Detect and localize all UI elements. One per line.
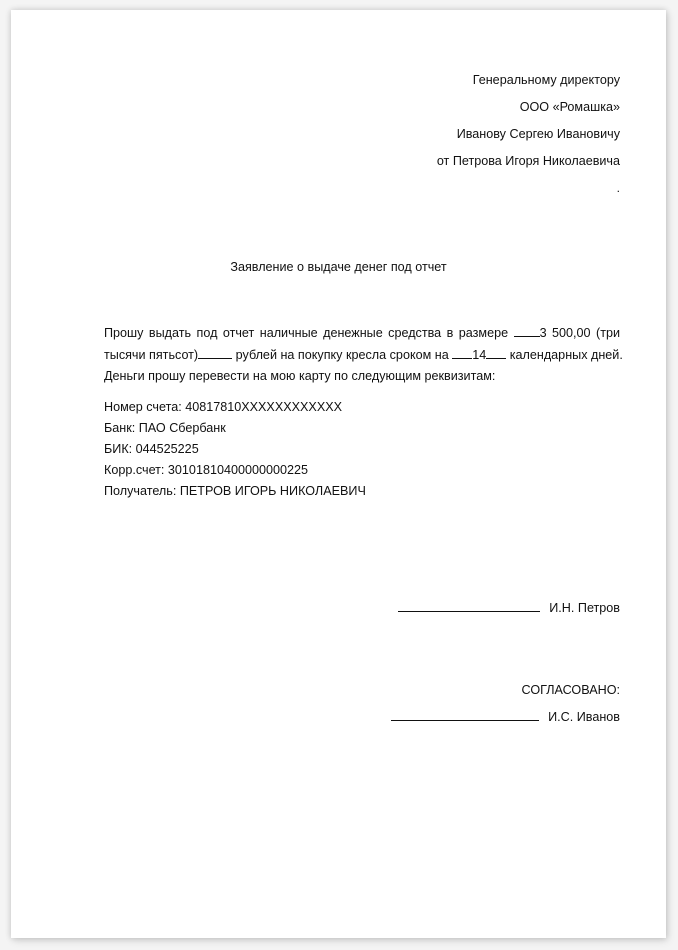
applicant-name: И.Н. Петров: [549, 601, 620, 615]
document-page: Генеральному директору ООО «Ромашка» Ива…: [11, 10, 666, 938]
paragraph-line-3: Деньги прошу перевести на мою карту по с…: [104, 366, 620, 388]
request-paragraph: Прошу выдать под отчет наличные денежные…: [104, 323, 620, 388]
words-blank: [198, 347, 232, 359]
days-value: 14: [472, 348, 486, 362]
paragraph-line-1: Прошу выдать под отчет наличные денежные…: [104, 323, 620, 345]
approver-signature: И.С. Иванов: [391, 708, 620, 725]
sender-name: от Петрова Игоря Николаевича: [437, 153, 620, 169]
approval-label: СОГЛАСОВАНО:: [522, 682, 621, 698]
requisite-bik: БИК: 044525225: [104, 441, 199, 457]
document-title: Заявление о выдаче денег под отчет: [11, 260, 666, 274]
addressee-name: Иванову Сергею Ивановичу: [457, 126, 620, 142]
applicant-signature-line: [398, 599, 540, 612]
amount-value: 3 500,00 (три: [540, 326, 620, 340]
requisite-bank: Банк: ПАО Сбербанк: [104, 420, 226, 436]
applicant-signature: И.Н. Петров: [398, 599, 620, 616]
approver-name: И.С. Иванов: [548, 710, 620, 724]
amount-blank: [514, 325, 540, 337]
paragraph-line-2: тысячи пятьсот) рублей на покупку кресла…: [104, 345, 620, 367]
requisite-corr-account: Корр.счет: 30101810400000000225: [104, 462, 308, 478]
addressee-position: Генеральному директору: [473, 72, 620, 88]
requisite-account: Номер счета: 40817810XXXXXXXXXXXX: [104, 399, 342, 415]
approver-signature-line: [391, 708, 539, 721]
requisite-recipient: Получатель: ПЕТРОВ ИГОРЬ НИКОЛАЕВИЧ: [104, 483, 366, 499]
days-blank-right: [486, 347, 506, 359]
header-dot: .: [617, 180, 620, 196]
days-blank-left: [452, 347, 472, 359]
addressee-company: ООО «Ромашка»: [520, 99, 620, 115]
